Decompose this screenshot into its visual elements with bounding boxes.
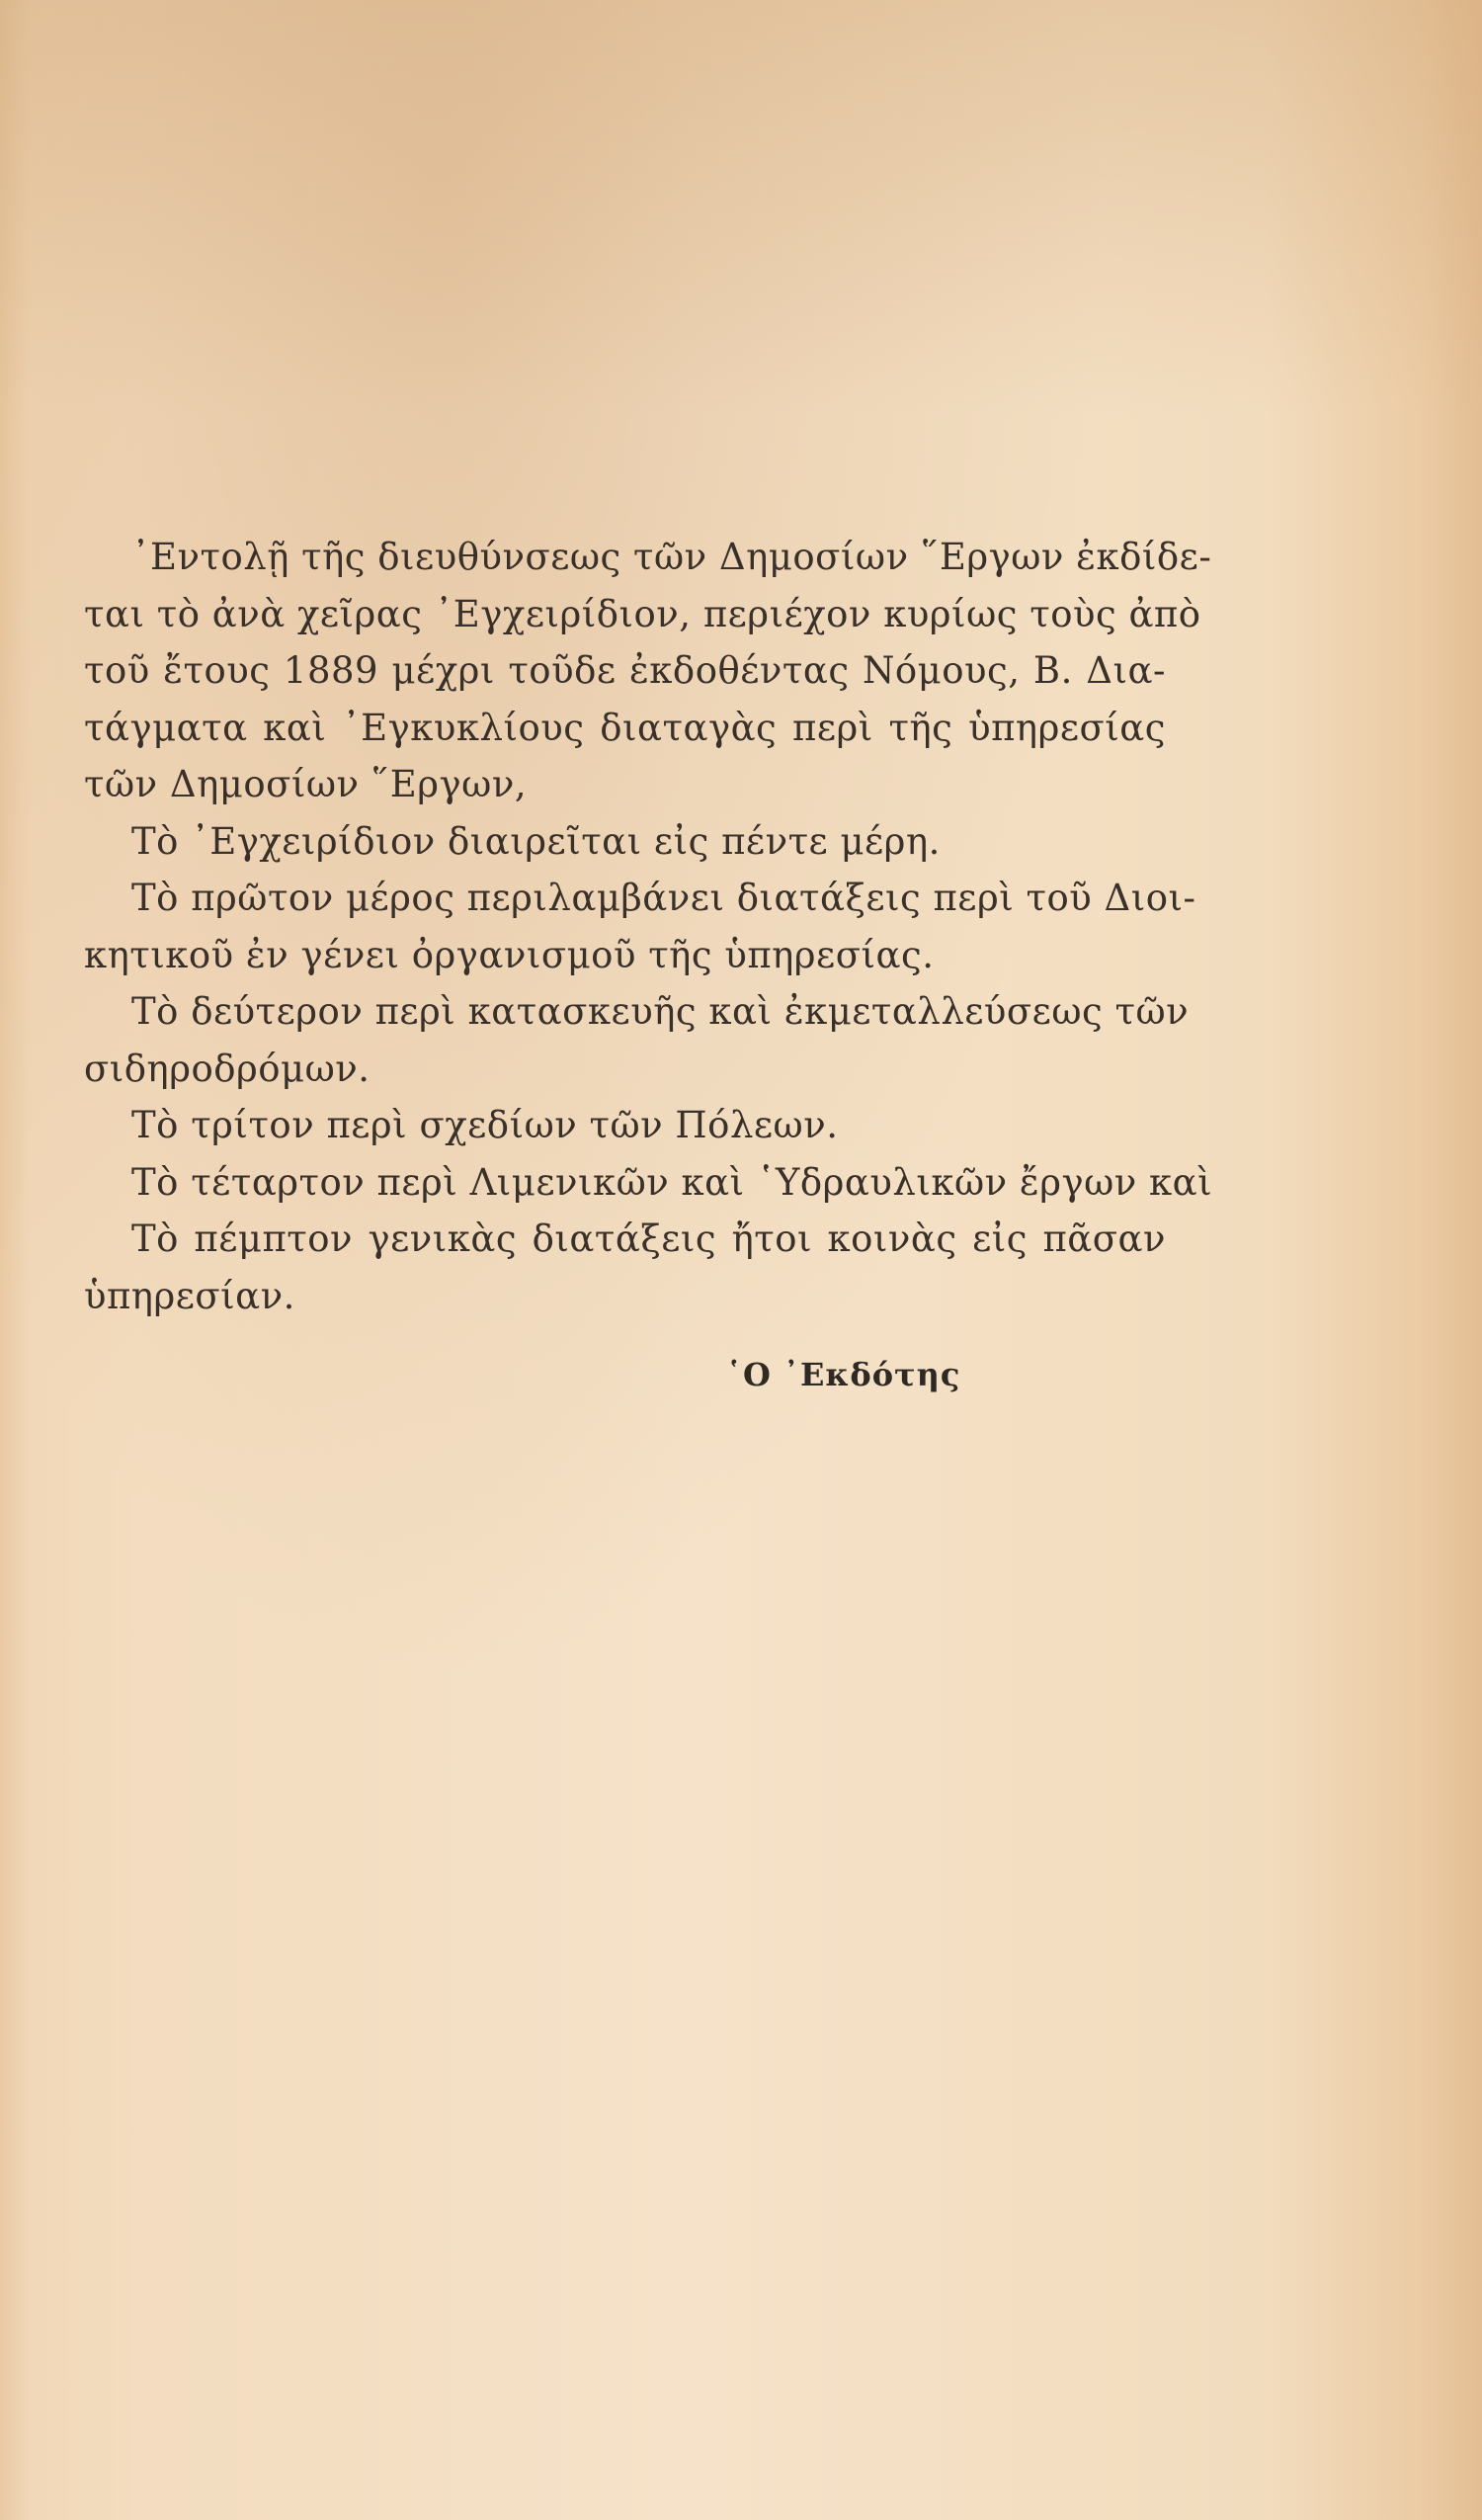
text-line: Τὸ τρίτον περὶ σχεδίων τῶν Πόλεων. — [84, 1097, 1166, 1154]
text-line: ὑπηρεσίαν. — [84, 1268, 1166, 1325]
text-line: Τὸ τέταρτον περὶ Λιμενικῶν καὶ ῾Υδραυλικ… — [84, 1154, 1166, 1212]
text-line: Τὸ πρῶτον μέρος περιλαμβάνει διατάξεις π… — [84, 870, 1166, 927]
text-line: ται τὸ ἀνὰ χεῖρας ᾿Εγχειρίδιον, περιέχον… — [84, 586, 1166, 643]
text-line: σιδηροδρόμων. — [84, 1041, 1166, 1098]
preface-text: ᾿Εντολῇ τῆς διευθύνσεως τῶν Δημοσίων ῞Ερ… — [84, 529, 1166, 1324]
text-line: Τὸ δεύτερον περὶ κατασκευῆς καὶ ἐκμεταλλ… — [84, 983, 1166, 1041]
text-line: ᾿Εντολῇ τῆς διευθύνσεως τῶν Δημοσίων ῞Ερ… — [84, 529, 1166, 586]
text-line: τάγματα καὶ ᾿Εγκυκλίους διαταγὰς περὶ τῆ… — [84, 700, 1166, 757]
text-line: τοῦ ἔτους 1889 μέχρι τοῦδε ἐκδοθέντας Νό… — [84, 642, 1166, 700]
publisher-signature: ῾Ο ᾿Εκδότης — [726, 1356, 960, 1393]
paper-aging-shade — [0, 0, 1482, 415]
text-line: Τὸ πέμπτον γενικὰς διατάξεις ἤτοι κοινὰς… — [84, 1211, 1166, 1268]
text-line: κητικοῦ ἐν γένει ὀργανισμοῦ τῆς ὑπηρεσία… — [84, 927, 1166, 984]
text-line: τῶν Δημοσίων ῞Εργων, — [84, 756, 1166, 813]
text-line: Τὸ ᾿Εγχειρίδιον διαιρεῖται εἰς πέντε μέρ… — [84, 813, 1166, 871]
